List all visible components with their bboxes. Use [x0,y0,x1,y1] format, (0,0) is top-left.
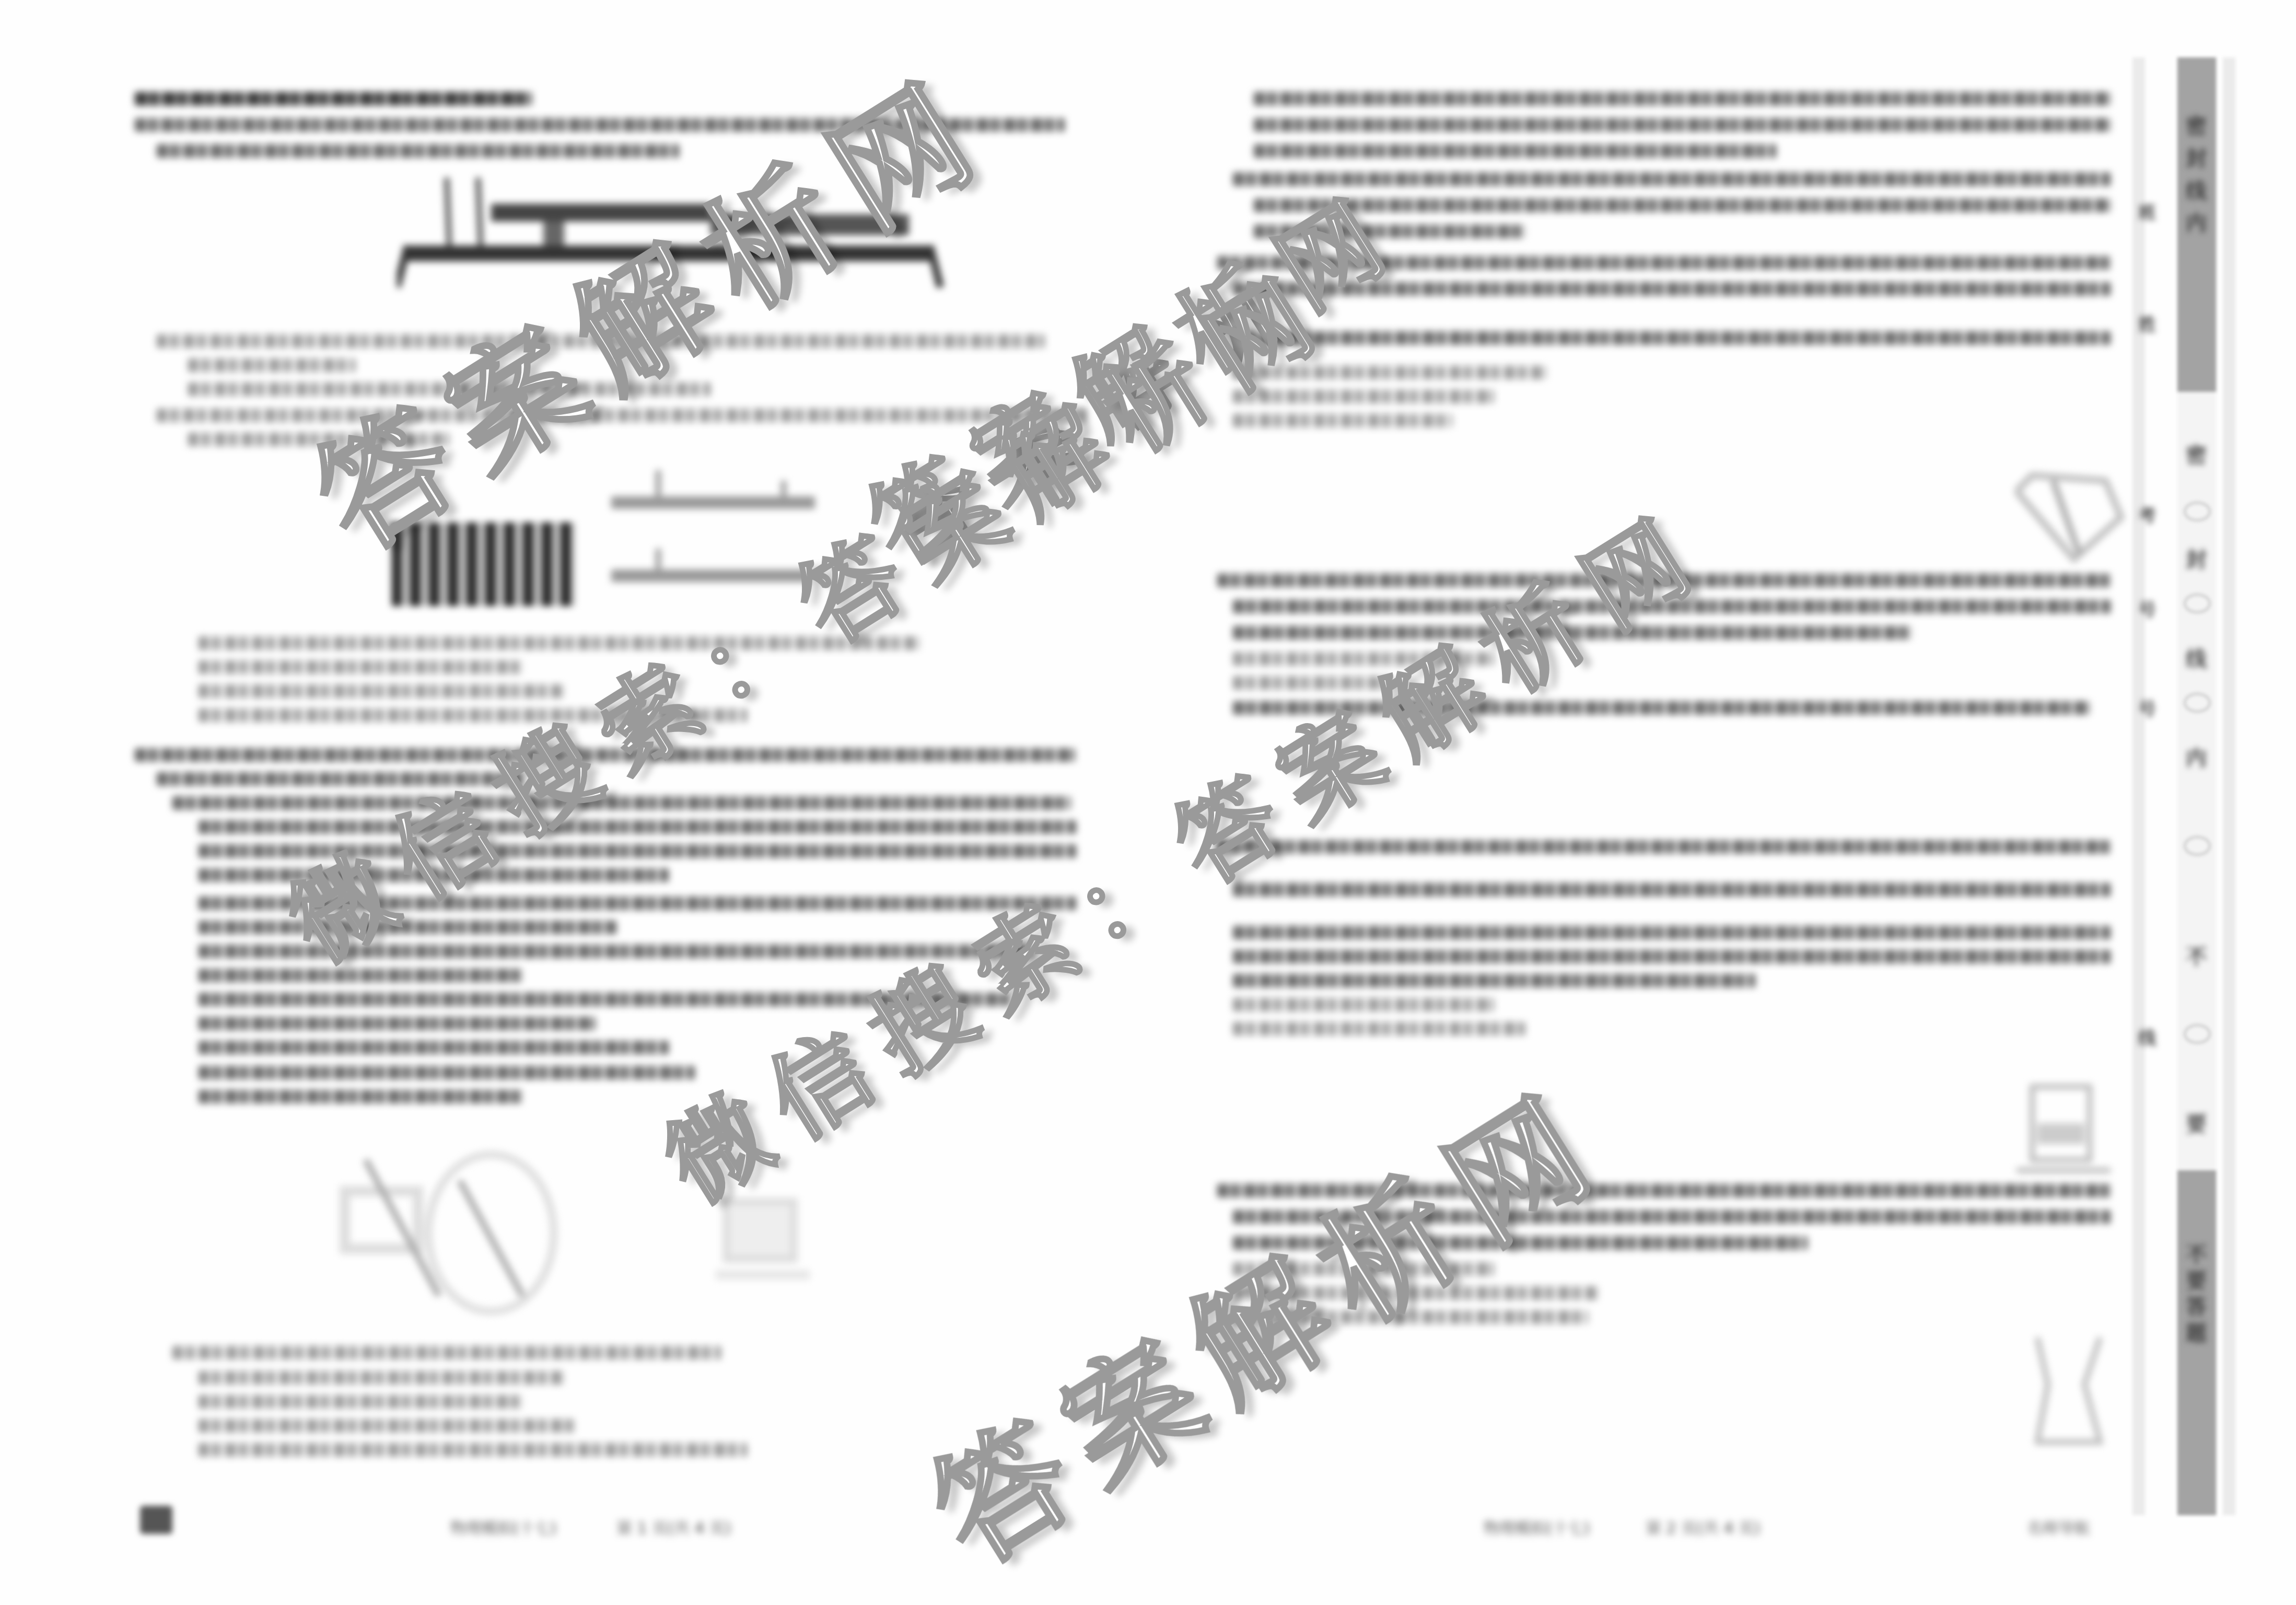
question-text [1254,92,2111,106]
binding-hole-icon [2184,594,2211,613]
left-footer-title: 物理模拟(十七) [450,1515,556,1533]
section-heading [135,92,532,106]
sidebar-char: 要 [2182,1264,2211,1294]
question-text [172,1346,721,1359]
sidebar-char: 要 [2182,1108,2211,1137]
sidebar-char: 不 [2182,940,2211,970]
left-footer-pages: 第 1 页(共 4 页) [616,1515,731,1533]
page-number-badge [140,1506,172,1534]
right-footer-label: 名师导航 [2027,1515,2090,1533]
sidebar-char: 密 [2182,439,2211,469]
question-text [199,660,522,674]
sidebar-label: 号 [2137,695,2158,720]
binding-hole-icon [2184,836,2211,856]
question-text [199,1066,695,1079]
sidebar-label: 班 [2137,199,2158,224]
circuit-figure [1996,449,2131,575]
binding-rail [2223,57,2235,1515]
sidebar-char: 密 [2182,110,2211,139]
question-text [199,684,564,698]
sidebar-char: 线 [2182,643,2211,672]
sidebar-char: 内 [2182,207,2211,237]
question-text [1233,950,2111,963]
binding-hole-icon [2184,1024,2211,1044]
question-text [1233,331,2111,345]
question-text [199,1017,596,1030]
binding-rail [2132,57,2145,1515]
sidebar-label: 线 [2137,1024,2158,1050]
sidebar-label: 姓 [2137,310,2158,336]
sidebar-char: 线 [2182,175,2211,204]
question-text [1233,998,1494,1011]
option-text [199,1395,522,1409]
sidebar-char: 题 [2182,1317,2211,1346]
right-footer-pages: 第 2 页(共 4 页) [1646,1515,1761,1533]
option-text [188,358,355,372]
question-text [1254,118,2111,132]
question-text [1217,840,2111,854]
question-text [199,1041,669,1054]
question-text [1233,1022,1525,1036]
question-text [157,144,679,158]
question-text [199,1090,522,1103]
binding-hole-icon [2184,693,2211,713]
question-text [1233,414,1452,427]
sidebar-char: 不 [2182,1238,2211,1268]
sidebar-char: 封 [2182,543,2211,573]
question-text [1233,926,2111,939]
sidebar-char: 封 [2182,142,2211,172]
binding-hole-icon [2184,502,2211,521]
pendulum-figure [2017,1322,2121,1458]
question-text [1233,974,1755,987]
sidebar-label: 考 [2137,502,2158,527]
sidebar-label: 号 [2137,596,2158,621]
option-text [199,1419,575,1433]
question-text [1233,883,2111,897]
sidebar-char: 答 [2182,1290,2211,1320]
sidebar-char: 内 [2182,742,2211,772]
option-text [199,1443,747,1457]
container-figure [2017,1066,2121,1181]
right-footer-title: 物理模拟(十七) [1484,1515,1590,1533]
exam-spread: 物理模拟(十七) 第 1 页(共 4 页) 物理模拟(十七) 第 2 页(共 4… [0,0,2296,1605]
question-text [1254,144,1776,158]
option-text [199,1371,564,1385]
